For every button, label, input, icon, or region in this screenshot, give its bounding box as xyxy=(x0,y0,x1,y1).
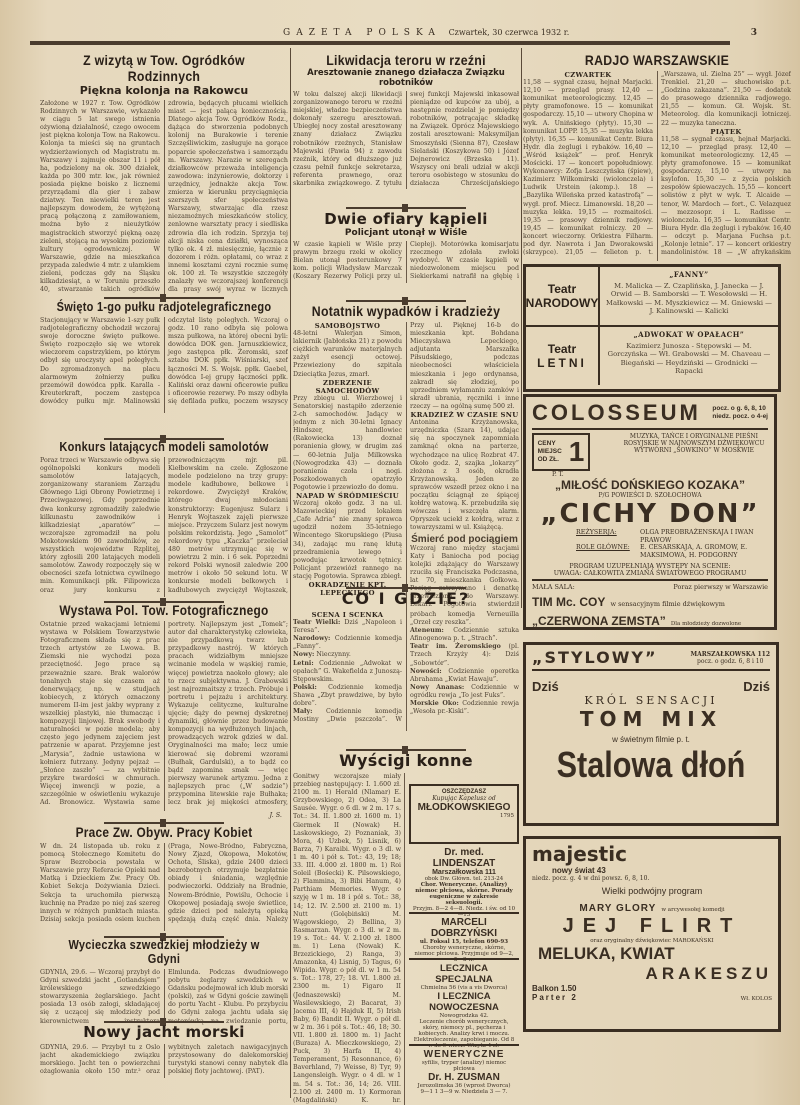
theatre-listing: TeatrNARODOWY „FANNY”M. Malicka — Z. Cza… xyxy=(523,264,781,392)
article-jacht: Nowy jacht morski GDYNIA, 29.6. — Przyby… xyxy=(40,1023,288,1078)
article-wycieczka: Wycieczka szwedzkiej młodzieży w Gdyni G… xyxy=(40,938,288,1027)
headline: Wycieczka szwedzkiej młodzieży w Gdyni xyxy=(55,938,273,966)
listing: Letni: Codziennie „Adwokat w opałach” G.… xyxy=(293,660,402,684)
notatnik-item: SAMOBÓJSTWO48-letni Walerjan Simon, laki… xyxy=(293,322,402,379)
article-body: Stacjonujący w Warszawie 1-szy pułk radj… xyxy=(40,317,288,413)
subheadline: Policjant utonął w Wiśle xyxy=(293,228,519,238)
masthead-rule xyxy=(30,41,730,45)
listing: Narodowy: Codziennie komedja „Fanny”. xyxy=(293,635,402,651)
notatnik-item: ZDERZENIE SAMOCHODÓWPrzy zbiegu ul. Wier… xyxy=(293,379,402,492)
subheadline: Aresztowanie znanego działacza Związku r… xyxy=(293,68,519,88)
listing: Polski: Codziennie komedja Shawa „Zbyt p… xyxy=(293,684,402,708)
notatnik-item: NAPAD W ŚRÓDMIEŚCIUWczoraj około godz. 3… xyxy=(293,492,402,581)
listing: Nowy Ananas: Codziennie w ogródku rewja … xyxy=(410,684,519,700)
headline: Wystawa Pol. Tow. Fotograficznego xyxy=(55,603,273,618)
ad-dobrzynski: MARCELI DOBRZYŃSKI ul. Foksal 15, telefo… xyxy=(409,914,519,960)
ads-column: OSZCZĘDZASZ Kupując Kapelusz od MŁODKOWS… xyxy=(409,784,519,1105)
article-ogrodki: Z wizytą w Tow. Ogródków Rodzinnych Pięk… xyxy=(40,52,288,300)
article-wystawa: Wystawa Pol. Tow. Fotograficznego Ostatn… xyxy=(40,603,288,819)
radio-schedule: CZWARTEK 11,58 — sygnał czasu, hejnał Ma… xyxy=(523,71,791,261)
listing: Teatr Wielki: Dziś „Napoleon i Teresa”. xyxy=(293,619,402,635)
ad-mlodkowski: OSZCZĘDZASZ Kupując Kapelusz od MŁODKOWS… xyxy=(409,784,519,844)
newspaper-page: GAZETA POLSKA Czwartek, 30 czerwca 1932 … xyxy=(0,0,800,1105)
theatre-narodowy: TeatrNARODOWY „FANNY”M. Malicka — Z. Cza… xyxy=(526,267,778,327)
article-pulk: Święto 1-go pułku radjotelegraficznego S… xyxy=(40,300,288,413)
column-divider xyxy=(290,48,291,1098)
masthead-title: GAZETA POLSKA Czwartek, 30 czerwca 1932 … xyxy=(283,28,569,38)
headline: Z wizytą w Tow. Ogródków Rodzinnych xyxy=(55,52,273,84)
ad-lindenszat: Dr. med. LINDENSZAT Marszałkowska 111 ob… xyxy=(409,844,519,914)
article-body: GDYNIA, 29.6. — Przybył tu z Oslo jacht … xyxy=(40,1044,288,1078)
ad-stylowy: „STYLOWY” MARSZAŁKOWSKA 112pocz. o godz.… xyxy=(523,642,779,826)
listings: SCENA I SCENKA Teatr Wielki: Dziś „Napol… xyxy=(293,611,519,731)
radio-programme: RADJO WARSZAWSKIE CZWARTEK 11,58 — sygna… xyxy=(523,52,791,261)
headline: CO I GDZIE? xyxy=(293,589,519,608)
listing: Nowości: Codziennie operetka Abrahama „K… xyxy=(410,668,519,684)
article-kapiel: Dwie ofiary kąpieli Policjant utonął w W… xyxy=(293,210,519,283)
article-body: Poraz trzeci w Warszawie odbywa się ogól… xyxy=(40,457,288,597)
ad-zusman: WENERYCZNE syfilis, tryper (analizy) nie… xyxy=(409,1046,519,1098)
listing: Nowy: Nieczynny. xyxy=(293,651,402,659)
article-body: W toku dalszej akcji likwidacji zorganiz… xyxy=(293,91,519,189)
headline: Święto 1-go pułku radjotelegraficznego xyxy=(55,300,273,314)
headline: Dwie ofiary kąpieli xyxy=(293,210,519,228)
separator xyxy=(346,300,466,302)
page-number: 3 xyxy=(751,28,758,38)
headline: Konkurs latających modeli samolotów xyxy=(55,440,273,454)
listing: Ateneum: Codziennie sztuka Afinogenowa p… xyxy=(410,627,519,643)
headline: Prace Zw. Obyw. Pracy Kobiet xyxy=(55,825,273,840)
column-divider xyxy=(521,48,522,608)
separator xyxy=(104,822,224,824)
article-prace-kobiet: Prace Zw. Obyw. Pracy Kobiet W dn. 24 li… xyxy=(40,825,288,931)
article-notatnik: Notatnik wypadków i kradzieży SAMOBÓJSTW… xyxy=(293,303,519,612)
race-results: Gonitwy wczorajsze miały przebieg następ… xyxy=(293,773,405,1105)
headline: Likwidacja teroru w rzeźni xyxy=(307,52,506,68)
masthead: GAZETA POLSKA Czwartek, 30 czerwca 1932 … xyxy=(28,28,768,42)
ad-colosseum: COLOSSEUM pocz. o g. 6, 8, 10niedz. pocz… xyxy=(523,394,777,630)
article-body: W dn. 24 listopada ub. roku z pomocą Sto… xyxy=(40,843,288,931)
headline: Wyścigi konne xyxy=(293,751,519,770)
ad-lecznica: LECZNICA SPECJALNA Chmielna 56 (vis a vi… xyxy=(409,960,519,1046)
article-body: W czasie kąpieli w Wiśle przy prawym brz… xyxy=(293,241,519,283)
article-body: Założone w 1927 r. Tow. Ogródków Rodzinn… xyxy=(40,100,288,300)
article-wyscigi: Wyścigi konne Gonitwy wczorajsze miały p… xyxy=(293,751,519,1105)
headline: Notatnik wypadków i kradzieży xyxy=(307,303,506,319)
separator xyxy=(104,297,224,299)
ad-majestic: majestic nowy świat 43 niedz. pocz. g. 4… xyxy=(523,836,781,1032)
article-rzeznia: Likwidacja teroru w rzeźni Aresztowanie … xyxy=(293,52,519,189)
theatre-letni: TeatrLETNI „ADWOKAT W OPAŁACH”Kazimierz … xyxy=(526,327,778,385)
headline: RADJO WARSZAWSKIE xyxy=(539,52,775,68)
article-modele: Konkurs latających modeli samolotów Pora… xyxy=(40,440,288,597)
separator xyxy=(346,207,466,209)
listing: Teatr im. Żeromskiego (pl. Trzech Krzyży… xyxy=(410,643,519,667)
listing: Morskie Oko: Codziennie rewja „Wesoła pr… xyxy=(410,700,519,716)
subheadline: Piękna kolonja na Rakowcu xyxy=(40,84,288,97)
article-co-i-gdzie: CO I GDZIE? SCENA I SCENKA Teatr Wielki:… xyxy=(293,589,519,731)
notatnik-item: KRADZIEŻ W CZASIE SNUAntonina Krzyżanows… xyxy=(410,411,519,532)
headline: Nowy jacht morski xyxy=(40,1023,288,1041)
article-body: Ostatnie przed wakacjami letniemi wystaw… xyxy=(40,621,288,811)
signature: J. S. xyxy=(40,811,282,819)
article-body: SAMOBÓJSTWO48-letni Walerjan Simon, laki… xyxy=(293,322,519,612)
